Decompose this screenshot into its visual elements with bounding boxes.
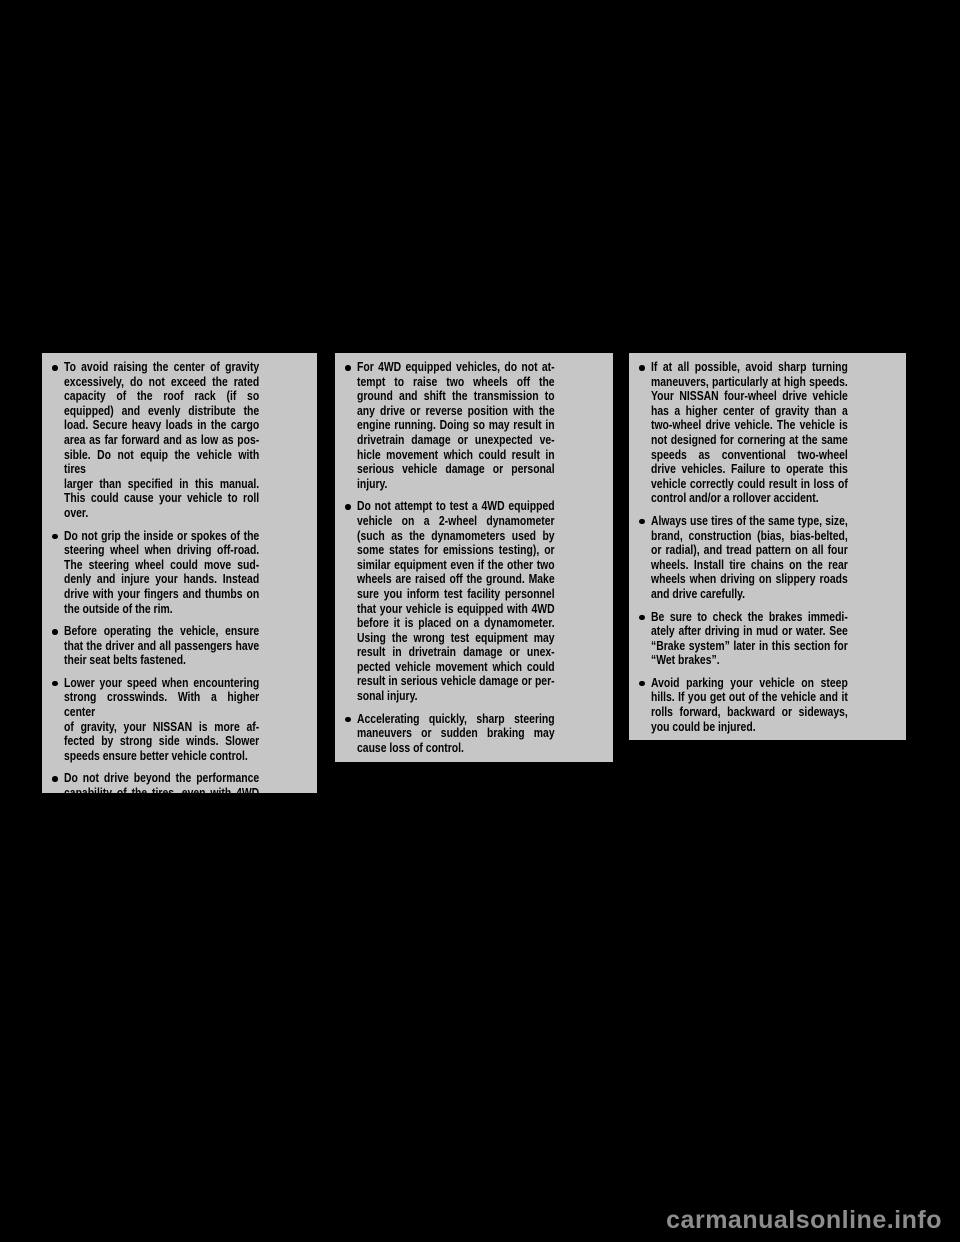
- warning-bullet: Be sure to check the brakes immedi-ately…: [637, 610, 897, 668]
- text-line: result in drivetrain damage or unex-: [357, 645, 555, 660]
- text-line: Do not drive beyond the performance: [64, 771, 259, 786]
- text-line: tempt to raise two wheels off the: [357, 375, 555, 390]
- text-line: The steering wheel could move sud-: [64, 558, 259, 573]
- text-line: larger than specified in this manual.: [64, 477, 259, 492]
- text-line: Using the wrong test equipment may: [357, 631, 555, 646]
- text-line: capability of the tires, even with 4WD: [64, 786, 259, 793]
- text-line: Lower your speed when encountering: [64, 676, 259, 691]
- text-line: some states for emissions testing), or: [357, 543, 555, 558]
- bullet-icon: [637, 610, 651, 625]
- text-line: speeds ensure better vehicle control.: [64, 749, 259, 764]
- text-line: not designed for cornering at the same: [651, 433, 848, 448]
- bullet-text: Accelerating quickly, sharp steeringmane…: [357, 712, 555, 756]
- text-line: Avoid parking your vehicle on steep: [651, 676, 848, 691]
- warning-panel-3: If at all possible, avoid sharp turningm…: [629, 353, 906, 740]
- text-line: ground and shift the transmission to: [357, 389, 555, 404]
- text-line: Your NISSAN four-wheel drive vehicle: [651, 389, 848, 404]
- text-line: load. Secure heavy loads in the cargo: [64, 418, 259, 433]
- text-line: drivetrain damage or unexpected ve-: [357, 433, 555, 448]
- text-line: of gravity, your NISSAN is more af-: [64, 720, 259, 735]
- bullet-icon: [637, 360, 651, 375]
- text-line: before it is placed on a dynamometer.: [357, 616, 555, 631]
- text-line: two-wheel drive vehicle. The vehicle is: [651, 418, 848, 433]
- bullet-icon: [637, 514, 651, 529]
- bullet-icon: [50, 529, 64, 544]
- warning-bullet: To avoid raising the center of gravityex…: [50, 360, 308, 521]
- text-line: the outside of the rim.: [64, 602, 259, 617]
- text-line: Be sure to check the brakes immedi-: [651, 610, 848, 625]
- text-line: capacity of the roof rack (if so: [64, 389, 259, 404]
- text-line: that your vehicle is equipped with 4WD: [357, 602, 555, 617]
- text-line: excessively, do not exceed the rated: [64, 375, 259, 390]
- bullet-text: Do not grip the inside or spokes of thes…: [64, 529, 259, 617]
- bullet-icon: [637, 676, 651, 691]
- text-line: denly and injure your hands. Instead: [64, 572, 259, 587]
- bullet-text: Lower your speed when encounteringstrong…: [64, 676, 259, 764]
- warning-bullet: Do not grip the inside or spokes of thes…: [50, 529, 308, 617]
- bullet-icon: [50, 771, 64, 786]
- bullet-icon: [50, 360, 64, 375]
- text-line: drive with your fingers and thumbs on: [64, 587, 259, 602]
- warning-bullet: Do not attempt to test a 4WD equippedveh…: [343, 499, 604, 703]
- text-line: maneuvers, particularly at high speeds.: [651, 375, 848, 390]
- text-line: “Brake system” later in this section for: [651, 639, 848, 654]
- text-line: serious vehicle damage or personal: [357, 462, 555, 477]
- bullet-text: Before operating the vehicle, ensurethat…: [64, 624, 259, 668]
- bullet-icon: [50, 676, 64, 691]
- warning-bullet: Lower your speed when encounteringstrong…: [50, 676, 308, 764]
- text-line: brand, construction (bias, bias-belted,: [651, 529, 848, 544]
- text-line: sible. Do not equip the vehicle with tir…: [64, 448, 259, 477]
- watermark: carmanualsonline.info: [666, 1206, 942, 1235]
- warning-bullet: Avoid parking your vehicle on steephills…: [637, 676, 897, 734]
- text-line: (such as the dynamometers used by: [357, 529, 555, 544]
- bullet-icon: [343, 499, 357, 514]
- text-line: Always use tires of the same type, size,: [651, 514, 848, 529]
- text-line: result in serious vehicle damage or per-: [357, 674, 555, 689]
- bullet-icon: [343, 360, 357, 375]
- text-line: vehicle on a 2-wheel dynamometer: [357, 514, 555, 529]
- text-line: strong crosswinds. With a higher center: [64, 690, 259, 719]
- text-line: that the driver and all passengers have: [64, 639, 259, 654]
- text-line: sonal injury.: [357, 689, 555, 704]
- text-line: pected vehicle movement which could: [357, 660, 555, 675]
- bullet-icon: [50, 624, 64, 639]
- text-line: To avoid raising the center of gravity: [64, 360, 259, 375]
- text-line: If at all possible, avoid sharp turning: [651, 360, 848, 375]
- text-line: hills. If you get out of the vehicle and…: [651, 690, 848, 705]
- bullet-text: Always use tires of the same type, size,…: [651, 514, 848, 602]
- text-line: control and/or a rollover accident.: [651, 491, 848, 506]
- text-line: or radial), and tread pattern on all fou…: [651, 543, 848, 558]
- text-line: similar equipment even if the other two: [357, 558, 555, 573]
- text-line: wheels. Install tire chains on the rear: [651, 558, 848, 573]
- bullet-text: Do not attempt to test a 4WD equippedveh…: [357, 499, 555, 703]
- bullet-text: Do not drive beyond the performancecapab…: [64, 771, 259, 793]
- text-line: injury.: [357, 477, 555, 492]
- text-line: their seat belts fastened.: [64, 653, 259, 668]
- text-line: has a higher center of gravity than a: [651, 404, 848, 419]
- bullet-text: For 4WD equipped vehicles, do not at-tem…: [357, 360, 555, 491]
- text-line: rolls forward, backward or sideways,: [651, 705, 848, 720]
- text-line: wheels are raised off the ground. Make: [357, 572, 555, 587]
- text-line: hicle movement which could result in: [357, 448, 555, 463]
- bullet-text: If at all possible, avoid sharp turningm…: [651, 360, 848, 506]
- text-line: Do not attempt to test a 4WD equipped: [357, 499, 555, 514]
- warning-bullet: Accelerating quickly, sharp steeringmane…: [343, 712, 604, 756]
- bullet-text: To avoid raising the center of gravityex…: [64, 360, 259, 521]
- text-line: area as far forward and as low as pos-: [64, 433, 259, 448]
- bullet-text: Be sure to check the brakes immedi-ately…: [651, 610, 848, 668]
- warning-bullet: For 4WD equipped vehicles, do not at-tem…: [343, 360, 604, 491]
- warning-bullet: Do not drive beyond the performancecapab…: [50, 771, 308, 793]
- text-line: Accelerating quickly, sharp steering: [357, 712, 555, 727]
- warning-bullet: Always use tires of the same type, size,…: [637, 514, 897, 602]
- text-line: drive vehicles. Failure to operate this: [651, 462, 848, 477]
- text-line: steering wheel when driving off-road.: [64, 543, 259, 558]
- text-line: Do not grip the inside or spokes of the: [64, 529, 259, 544]
- text-line: “Wet brakes”.: [651, 653, 848, 668]
- warning-bullet: Before operating the vehicle, ensurethat…: [50, 624, 308, 668]
- text-line: Before operating the vehicle, ensure: [64, 624, 259, 639]
- text-line: you could be injured.: [651, 720, 848, 735]
- text-line: cause loss of control.: [357, 741, 555, 756]
- text-line: sure you inform test facility personnel: [357, 587, 555, 602]
- bullet-text: Avoid parking your vehicle on steephills…: [651, 676, 848, 734]
- text-line: ately after driving in mud or water. See: [651, 624, 848, 639]
- text-line: engine running. Doing so may result in: [357, 418, 555, 433]
- text-line: For 4WD equipped vehicles, do not at-: [357, 360, 555, 375]
- text-line: maneuvers or sudden braking may: [357, 726, 555, 741]
- bullet-icon: [343, 712, 357, 727]
- text-line: over.: [64, 506, 259, 521]
- text-line: wheels when driving on slippery roads: [651, 572, 848, 587]
- text-line: vehicle correctly could result in loss o…: [651, 477, 848, 492]
- text-line: equipped) and evenly distribute the: [64, 404, 259, 419]
- warning-bullet: If at all possible, avoid sharp turningm…: [637, 360, 897, 506]
- warning-panel-1: To avoid raising the center of gravityex…: [42, 353, 317, 793]
- warning-panel-2: For 4WD equipped vehicles, do not at-tem…: [335, 353, 613, 762]
- text-line: any drive or reverse position with the: [357, 404, 555, 419]
- text-line: This could cause your vehicle to roll: [64, 491, 259, 506]
- text-line: and drive carefully.: [651, 587, 848, 602]
- text-line: fected by strong side winds. Slower: [64, 734, 259, 749]
- text-line: speeds as conventional two-wheel: [651, 448, 848, 463]
